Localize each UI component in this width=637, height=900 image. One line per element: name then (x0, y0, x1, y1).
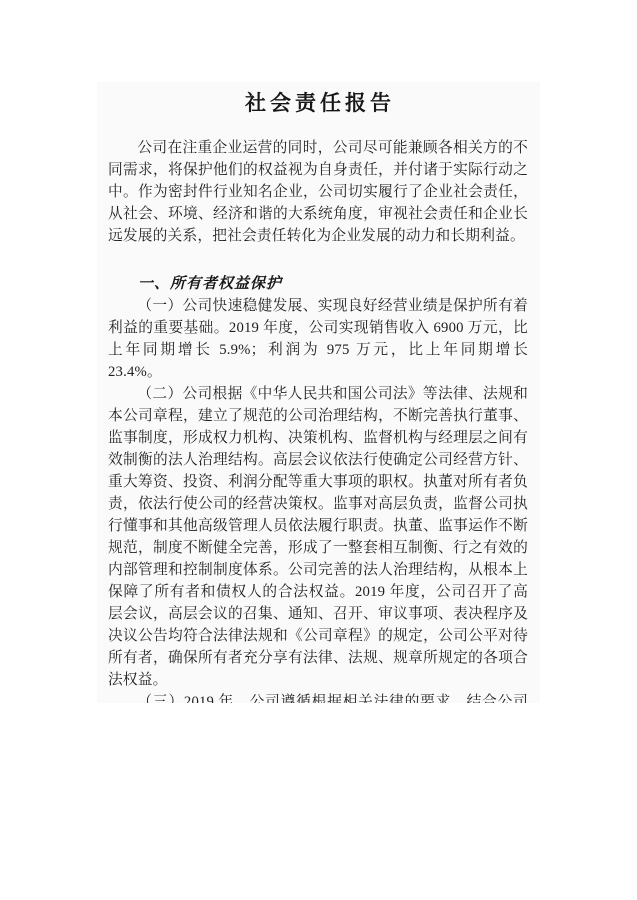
report-page: 社会责任报告 公司在注重企业运营的同时，公司尽可能兼顾各相关方的不同需求，将保护… (97, 82, 540, 703)
report-title: 社会责任报告 (108, 91, 528, 115)
paragraph-owner-rights-1: （一）公司快速稳健发展、实现良好经营业绩是保护所有着利益的重要基础。2019 年… (108, 295, 528, 383)
section-heading-owner-rights: 一、所有者权益保护 (108, 273, 528, 295)
paragraph-owner-rights-3: （三）2019 年，公司遵循根据相关法律的要求，结合公司实际运行状况，修订了各项… (108, 691, 528, 703)
paragraph-owner-rights-2: （二）公司根据《中华人民共和国公司法》等法律、法规和本公司章程，建立了规范的公司… (108, 383, 528, 691)
document-canvas: 社会责任报告 公司在注重企业运营的同时，公司尽可能兼顾各相关方的不同需求，将保护… (0, 0, 637, 900)
intro-paragraph: 公司在注重企业运营的同时，公司尽可能兼顾各相关方的不同需求，将保护他们的权益视为… (108, 137, 528, 247)
